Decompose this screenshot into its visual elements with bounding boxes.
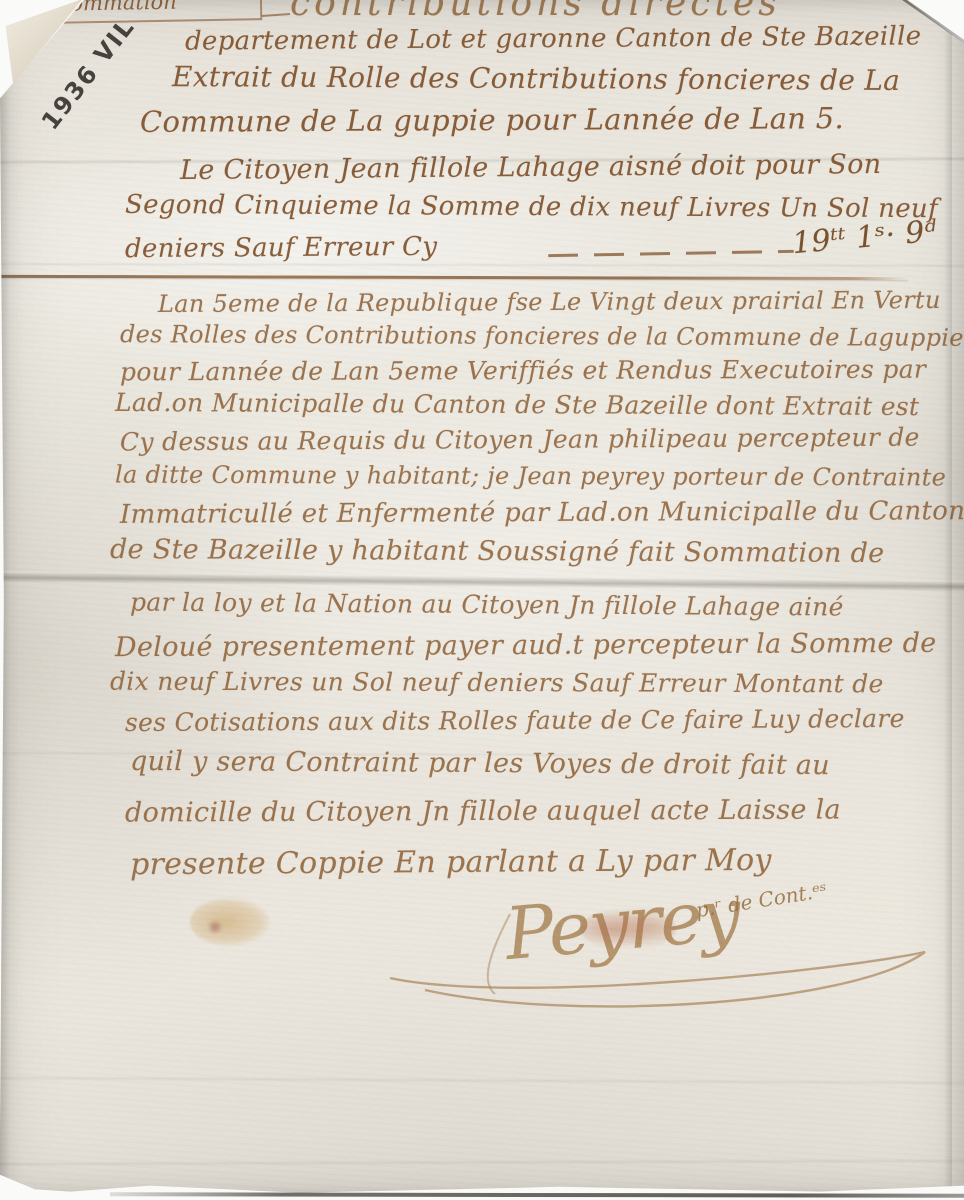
manuscript-line: departement de Lot et garonne Canton de …: [185, 21, 922, 56]
fill-dashes: [548, 250, 794, 257]
signature: Peyrey: [502, 872, 743, 976]
paper-crease: [0, 1075, 964, 1085]
paper-crease: [0, 1158, 964, 1166]
scanned-document: contributions directes Sommation 1936 VI…: [0, 0, 964, 1200]
manuscript-line: Le Citoyen Jean fillole Lahage aisné doi…: [180, 149, 882, 186]
ink-rule: [0, 275, 908, 280]
manuscript-line: Commune de La guppie pour Lannée de Lan …: [140, 101, 844, 139]
manuscript-line: Deloué presentement payer aud.t percepte…: [115, 628, 937, 663]
manuscript-line: deniers Sauf Erreur Cy: [125, 232, 438, 264]
manuscript-line: par la loy et la Nation au Citoyen Jn fi…: [130, 588, 844, 622]
scan-edge-shadow: [110, 1192, 964, 1197]
edge-shadow: [0, 0, 10, 1200]
manuscript-line: Extrait du Rolle des Contributions fonci…: [172, 60, 900, 97]
manuscript-line: domicille du Citoyen Jn fillole auquel a…: [125, 794, 841, 828]
manuscript-line: Segond Cinquieme la Somme de dix neuf Li…: [125, 190, 938, 224]
paper-stain: [190, 898, 270, 946]
manuscript-page: contributions directes Sommation 1936 VI…: [0, 0, 964, 1200]
manuscript-line: pour Lannée de Lan 5eme Veriffiés et Ren…: [120, 355, 926, 387]
manuscript-line: dix neuf Livres un Sol neuf deniers Sauf…: [110, 667, 884, 699]
paper-stain: [206, 920, 224, 934]
manuscript-line: Immatricullé et Enfermenté par Lad.on Mu…: [120, 496, 964, 530]
manuscript-line: quil y sera Contraint par les Voyes de d…: [130, 746, 830, 781]
document-title: contributions directes: [290, 0, 781, 24]
manuscript-line: ses Cotisations aux dits Rolles faute de…: [125, 704, 905, 737]
manuscript-line: des Rolles des Contributions foncieres d…: [120, 320, 964, 352]
manuscript-line: la ditte Commune y habitant; je Jean pey…: [115, 461, 946, 492]
docket-label: Sommation: [48, 0, 263, 24]
docket-flourish: [262, 13, 290, 17]
manuscript-line: Lan 5eme de la Republique fse Le Vingt d…: [158, 286, 941, 318]
edge-shadow: [944, 0, 952, 1200]
manuscript-line: Cy dessus au Requis du Citoyen Jean phil…: [120, 423, 920, 457]
manuscript-line: Lad.on Municipalle du Canton de Ste Baze…: [115, 388, 919, 421]
manuscript-line: de Ste Bazeille y habitant Soussigné fai…: [110, 534, 885, 569]
